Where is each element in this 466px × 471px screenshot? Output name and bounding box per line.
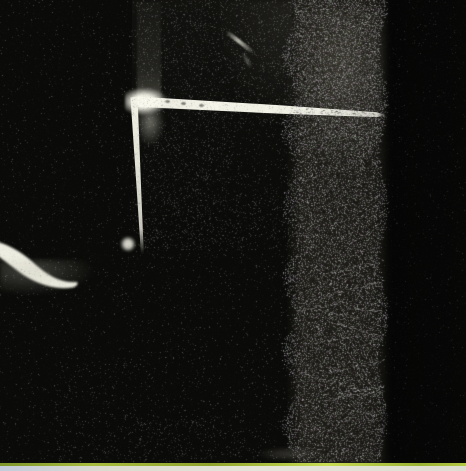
photograph [0,0,466,471]
film-grain-canvas [0,0,466,471]
scan-edge-paper-strip [0,466,466,471]
